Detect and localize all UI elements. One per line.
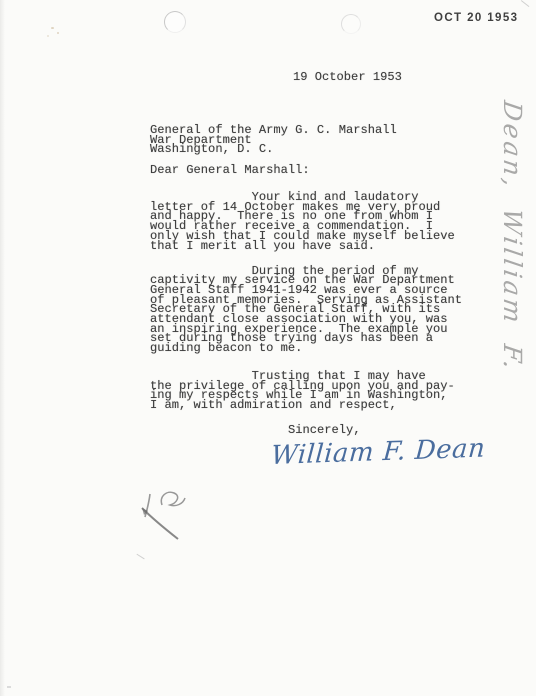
handwritten-signature: William F. Dean: [270, 433, 486, 471]
paper-speck: [57, 32, 59, 34]
punch-hole-icon: [164, 11, 186, 33]
paper-speck: [47, 35, 49, 37]
received-date-stamp: OCT 20 1953: [434, 12, 518, 24]
letter-date: 19 October 1953: [293, 73, 402, 83]
closing: Sincerely,: [288, 426, 361, 436]
paper-speck: [7, 686, 11, 688]
pencil-scribble: [118, 486, 202, 558]
paragraph-2: During the period of my captivity my ser…: [150, 267, 462, 354]
punch-hole-icon: [341, 14, 361, 34]
paragraph-3: Trusting that I may have the privilege o…: [150, 372, 455, 411]
paragraph-1: Your kind and laudatory letter of 14 Oct…: [150, 193, 455, 251]
paper-speck: [51, 27, 54, 29]
letter-page: OCT 20 1953 19 October 1953 General of t…: [0, 0, 536, 696]
recipient-line-3: Washington, D. C.: [150, 145, 273, 155]
pencil-tick-mark: [521, 0, 530, 7]
salutation: Dear General Marshall:: [150, 166, 310, 176]
filing-annotation: Dean, William F.: [498, 99, 527, 374]
